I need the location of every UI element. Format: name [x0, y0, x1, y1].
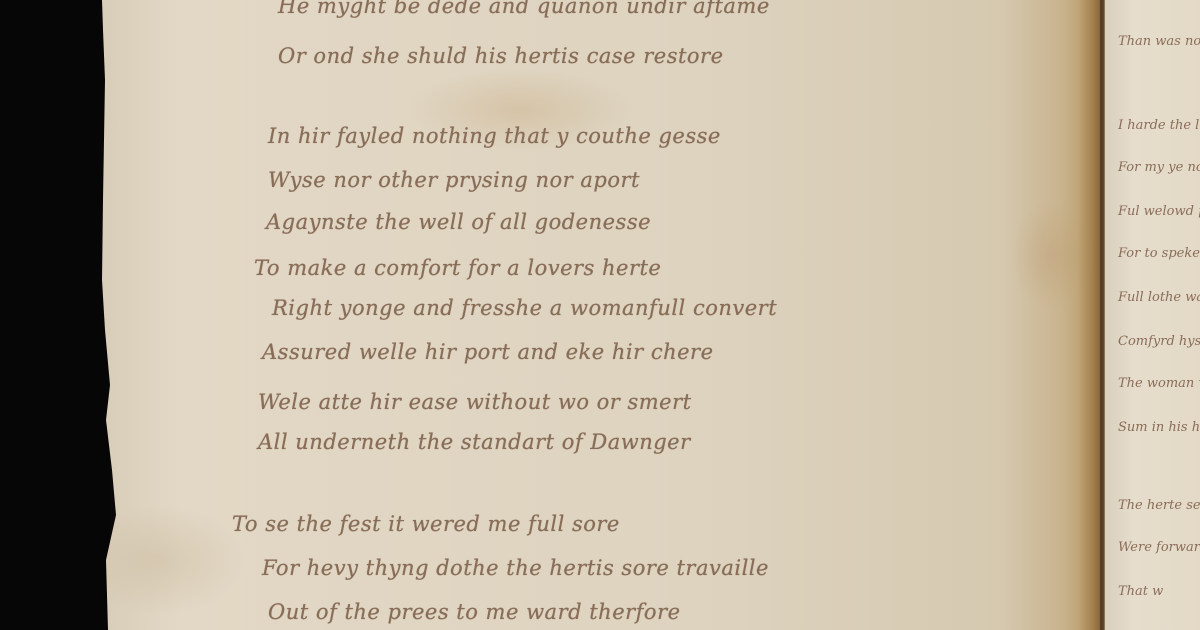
verse-line: The woman was [1118, 376, 1200, 391]
verse-line: Assured welle hir port and eke hir chere [262, 340, 714, 364]
book-gutter-shadow [1078, 0, 1106, 630]
verse-line: Ful welowd pa [1118, 204, 1200, 219]
verse-line: To se the fest it wered me full sore [232, 512, 620, 536]
verse-line: In hir fayled nothing that y couthe gess… [268, 124, 721, 148]
black-backdrop [0, 0, 110, 630]
verse-line: Than was non [1118, 34, 1200, 49]
manuscript-right-page [1104, 0, 1200, 630]
verse-line: For my ye nor [1118, 160, 1200, 175]
verse-line: Were forwarde [1118, 540, 1200, 555]
verse-line: The herte servant [1118, 498, 1200, 513]
verse-line: Comfyrd hys [1118, 334, 1200, 349]
verse-line: All underneth the standart of Dawnger [258, 430, 691, 454]
verse-line: For to speke [1118, 246, 1200, 261]
verse-line: I harde the lo [1118, 118, 1200, 133]
verse-line: That w [1118, 584, 1163, 599]
verse-line: Or ond she shuld his hertis case restore [278, 44, 724, 68]
verse-line: Wele atte hir ease without wo or smert [258, 390, 692, 414]
verse-line: Agaynste the well of all godenesse [266, 210, 651, 234]
verse-line: Out of the prees to me ward therfore [268, 600, 681, 624]
verse-line: He myght be dede and quanon undir aftame [278, 0, 770, 18]
verse-line: To make a comfort for a lovers herte [254, 256, 661, 280]
verse-line: Sum in his hert [1118, 420, 1200, 435]
verse-line: For hevy thyng dothe the hertis sore tra… [262, 556, 769, 580]
verse-line: Right yonge and fresshe a womanfull conv… [272, 296, 777, 320]
verse-line: Full lothe was [1118, 290, 1200, 305]
verse-line: Wyse nor other prysing nor aport [268, 168, 640, 192]
